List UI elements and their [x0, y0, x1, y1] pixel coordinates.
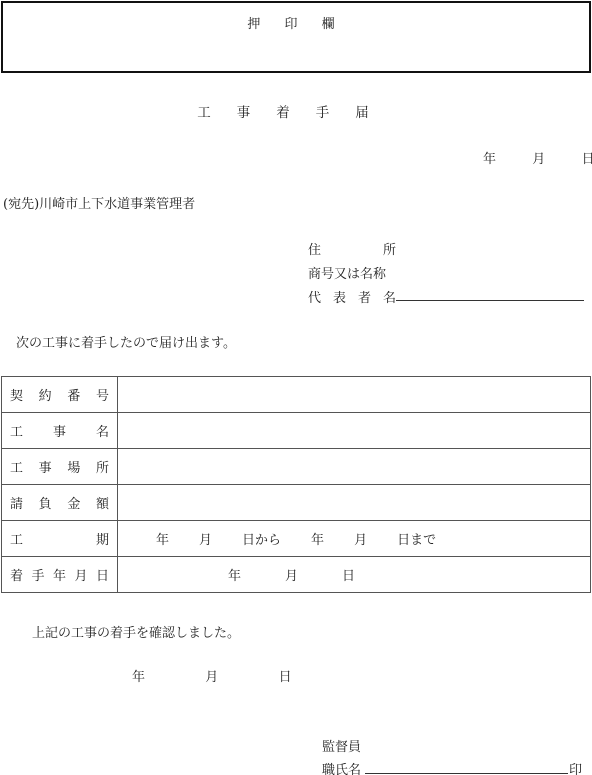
seal-mark: 印: [569, 759, 582, 775]
construction-info-table: 契約番号 工事名 工事場所 請負金額 工期: [1, 376, 591, 593]
day-label: 日: [582, 152, 592, 167]
supervisor-title: 監督員: [322, 736, 361, 755]
contract-number-field[interactable]: [118, 377, 591, 413]
representative-label: 代 表 者 名: [308, 287, 396, 306]
year-label: 年: [483, 152, 496, 167]
table-row: 工期 年 月 日から 年 月 日まで: [2, 521, 591, 557]
month-label: 月: [205, 670, 218, 685]
day-label: 日: [279, 670, 292, 685]
start-date-label: 着手年月日: [2, 557, 118, 593]
addressee: (宛先)川崎市上下水道事業管理者: [3, 193, 195, 212]
table-row: 請負金額: [2, 485, 591, 521]
seal-box: 押 印 欄: [1, 1, 591, 73]
supervisor-signature-line[interactable]: [365, 773, 568, 774]
construction-name-label: 工事名: [2, 413, 118, 449]
year-label: 年: [132, 670, 145, 685]
table-row: 契約番号: [2, 377, 591, 413]
confirmation-text: 上記の工事の着手を確認しました。: [32, 622, 240, 641]
document-title: 工事着手届: [0, 101, 592, 121]
contract-amount-field[interactable]: [118, 485, 591, 521]
table-row: 工事場所: [2, 449, 591, 485]
address-label: 住 所: [308, 239, 396, 258]
confirmation-date: 年 月 日: [132, 666, 292, 685]
company-name-label: 商号又は名称: [308, 263, 386, 282]
month-label: 月: [532, 152, 545, 167]
construction-name-field[interactable]: [118, 413, 591, 449]
table-row: 着手年月日 年 月 日: [2, 557, 591, 593]
contract-amount-label: 請負金額: [2, 485, 118, 521]
construction-site-field[interactable]: [118, 449, 591, 485]
supervisor-name-label: 職氏名: [322, 759, 361, 775]
construction-period-field[interactable]: 年 月 日から 年 月 日まで: [118, 521, 591, 557]
construction-site-label: 工事場所: [2, 449, 118, 485]
seal-box-title: 押 印 欄: [3, 13, 589, 32]
construction-period-label: 工期: [2, 521, 118, 557]
contract-number-label: 契約番号: [2, 377, 118, 413]
submission-date: 年 月 日: [483, 148, 592, 167]
start-date-field[interactable]: 年 月 日: [118, 557, 591, 593]
representative-signature-line[interactable]: [396, 300, 584, 301]
table-row: 工事名: [2, 413, 591, 449]
intro-text: 次の工事に着手したので届け出ます。: [16, 332, 236, 351]
